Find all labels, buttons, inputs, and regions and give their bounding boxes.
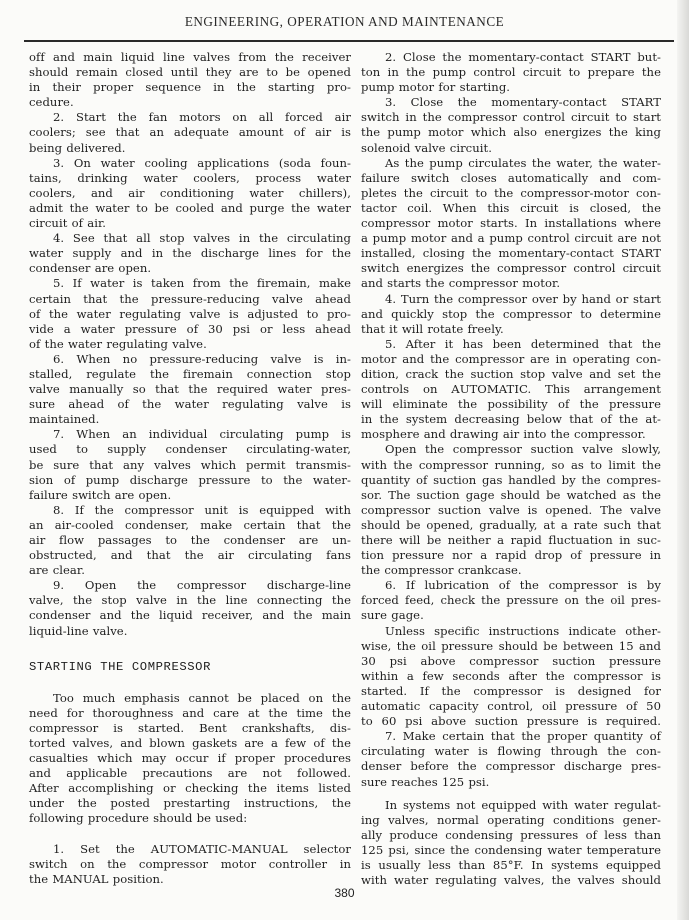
text-line: torted valves, and blown gaskets are a f… [29, 736, 351, 751]
step-1: 1. Set the AUTOMATIC-MANUAL selector swi… [29, 842, 351, 887]
item-7: 7. When an individual circulating pump i… [29, 427, 351, 502]
intro-paragraph: Too much emphasis cannot be placed on th… [29, 691, 351, 827]
text-line: of the water regulating valve. [29, 337, 351, 352]
text-line: 4. Turn the compressor over by hand or s… [361, 292, 661, 307]
suction-paragraph: Open the compressor suction valve slowly… [361, 442, 661, 578]
item-8: 8. If the compressor unit is equipped wi… [29, 503, 351, 578]
text-line: and quickly stop the compressor to deter… [361, 307, 661, 322]
text-line: to 60 psi above suction pressure is requ… [361, 714, 661, 729]
text-line: sure reaches 125 psi. [361, 775, 661, 790]
left-column: off and main liquid line valves from the… [29, 50, 351, 887]
text-line: in the system decreasing below that of t… [361, 412, 661, 427]
text-line: motor and the compressor are in operatin… [361, 352, 661, 367]
text-line: compressor is started. Bent crankshafts,… [29, 721, 351, 736]
text-line: and starts the compressor motor. [361, 276, 661, 291]
text-line: started. If the compressor is designed f… [361, 684, 661, 699]
text-line: switch in the compressor control circuit… [361, 110, 661, 125]
text-line: admit the water to be cooled and purge t… [29, 201, 351, 216]
text-line: valve manually so that the required wate… [29, 382, 351, 397]
text-line: 3. Close the momentary-contact START [361, 95, 661, 110]
text-line: condenser are open. [29, 261, 351, 276]
header-rule [24, 40, 674, 42]
text-line: water supply and in the discharge lines … [29, 246, 351, 261]
step-3: 3. Close the momentary-contact START swi… [361, 95, 661, 155]
text-line: tactor coil. When this circuit is closed… [361, 201, 661, 216]
text-line: sion of pump discharge pressure to the w… [29, 473, 351, 488]
spacer [29, 683, 351, 691]
text-line: used to supply condenser circulating-wat… [29, 442, 351, 457]
text-line: with the compressor running, so as to li… [361, 458, 661, 473]
text-line: solenoid valve circuit. [361, 141, 661, 156]
text-line: installed, closing the momentary-contact… [361, 246, 661, 261]
text-line: pump motor for starting. [361, 80, 661, 95]
text-line: compressor motor starts. In installation… [361, 216, 661, 231]
section-heading: STARTING THE COMPRESSOR [29, 660, 351, 675]
item-9: 9. Open the compressor discharge-line va… [29, 578, 351, 638]
text-line: failure switch closes automatically and … [361, 171, 661, 186]
text-line: following procedure should be used: [29, 811, 351, 826]
text-line: tains, drinking water coolers, process w… [29, 171, 351, 186]
text-line: air flow passages to the condenser are u… [29, 533, 351, 548]
text-line: mosphere and drawing air into the compre… [361, 427, 661, 442]
text-line: certain that the pressure-reducing valve… [29, 292, 351, 307]
running-header: ENGINEERING, OPERATION AND MAINTENANCE [0, 14, 689, 30]
text-line: should be opened, gradually, at a rate s… [361, 518, 661, 533]
text-line: condenser and the liquid receiver, and t… [29, 608, 351, 623]
text-line: are clear. [29, 563, 351, 578]
text-line: 8. If the compressor unit is equipped wi… [29, 503, 351, 518]
text-line: vide a water pressure of 30 psi or less … [29, 322, 351, 337]
text-line: 2. Close the momentary-contact START but… [361, 50, 661, 65]
text-line: circuit of air. [29, 216, 351, 231]
text-line: switch on the compressor motor controlle… [29, 857, 351, 872]
text-line: need for thoroughness and care at the ti… [29, 706, 351, 721]
text-line: forced feed, check the pressure on the o… [361, 593, 661, 608]
text-line: Too much emphasis cannot be placed on th… [29, 691, 351, 706]
step-2: 2. Close the momentary-contact START but… [361, 50, 661, 95]
text-line: tion pressure nor a rapid drop of pressu… [361, 548, 661, 563]
pump-paragraph: As the pump circulates the water, the wa… [361, 156, 661, 292]
text-line: sure ahead of the water regulating valve… [29, 397, 351, 412]
text-line: denser before the compressor discharge p… [361, 759, 661, 774]
text-line: After accomplishing or checking the item… [29, 781, 351, 796]
text-line: a pump motor and a pump control circuit … [361, 231, 661, 246]
step-7: 7. Make certain that the proper quantity… [361, 729, 661, 789]
text-line: 125 psi, since the condensing water temp… [361, 843, 661, 858]
step-5: 5. After it has been determined that the… [361, 337, 661, 443]
text-line: 7. Make certain that the proper quantity… [361, 729, 661, 744]
text-line: an air-cooled condenser, make certain th… [29, 518, 351, 533]
step-6: 6. If lubrication of the compressor is b… [361, 578, 661, 623]
text-line: switch energizes the compressor control … [361, 261, 661, 276]
text-line: circulating water is flowing through the… [361, 744, 661, 759]
text-line: Unless specific instructions indicate ot… [361, 624, 661, 639]
item-2: 2. Start the fan motors on all forced ai… [29, 110, 351, 155]
text-line: 5. After it has been determined that the [361, 337, 661, 352]
text-line: ton in the pump control circuit to prepa… [361, 65, 661, 80]
spacer [29, 827, 351, 842]
text-line: cedure. [29, 95, 351, 110]
step-4: 4. Turn the compressor over by hand or s… [361, 292, 661, 337]
text-line: in their proper sequence in the starting… [29, 80, 351, 95]
text-line: Open the compressor suction valve slowly… [361, 442, 661, 457]
text-line: should remain closed until they are to b… [29, 65, 351, 80]
text-line: and applicable precautions are not follo… [29, 766, 351, 781]
text-line: automatic capacity control, oil pressure… [361, 699, 661, 714]
text-line: that it will rotate freely. [361, 322, 661, 337]
text-line: be sure that any valves which permit tra… [29, 458, 351, 473]
text-line: pletes the circuit to the compressor-mot… [361, 186, 661, 201]
text-line: coolers; see that an adequate amount of … [29, 125, 351, 140]
spacer [361, 790, 661, 798]
text-line: valve, the stop valve in the line connec… [29, 593, 351, 608]
oil-paragraph: Unless specific instructions indicate ot… [361, 624, 661, 730]
text-line: being delivered. [29, 141, 351, 156]
text-line: 30 psi above compressor suction pressure [361, 654, 661, 669]
text-line: controls on AUTOMATIC. This arrangement [361, 382, 661, 397]
text-line: the MANUAL position. [29, 872, 351, 887]
text-line: 1. Set the AUTOMATIC-MANUAL selector [29, 842, 351, 857]
text-line: the pump motor which also energizes the … [361, 125, 661, 140]
text-line: As the pump circulates the water, the wa… [361, 156, 661, 171]
text-line: 7. When an individual circulating pump i… [29, 427, 351, 442]
text-line: 2. Start the fan motors on all forced ai… [29, 110, 351, 125]
text-line: dition, crack the suction stop valve and… [361, 367, 661, 382]
text-line: is usually less than 85°F. In systems eq… [361, 858, 661, 873]
text-line: ally produce condensing pressures of les… [361, 828, 661, 843]
text-line: casualties which may occur if proper pro… [29, 751, 351, 766]
text-line: failure switch are open. [29, 488, 351, 503]
text-line: ing valves, normal operating conditions … [361, 813, 661, 828]
text-line: sure gage. [361, 608, 661, 623]
item-4: 4. See that all stop valves in the circu… [29, 231, 351, 276]
text-line: 3. On water cooling applications (soda f… [29, 156, 351, 171]
systems-paragraph: In systems not equipped with water regul… [361, 798, 661, 889]
text-line: 9. Open the compressor discharge-line [29, 578, 351, 593]
text-line: quantity of suction gas handled by the c… [361, 473, 661, 488]
text-line: 4. See that all stop valves in the circu… [29, 231, 351, 246]
page-number: 380 [0, 886, 689, 900]
text-line: off and main liquid line valves from the… [29, 50, 351, 65]
text-line: under the posted prestarting instruction… [29, 796, 351, 811]
item-5: 5. If water is taken from the firemain, … [29, 276, 351, 351]
text-line: there will be neither a rapid fluctuatio… [361, 533, 661, 548]
text-line: will eliminate the possibility of the pr… [361, 397, 661, 412]
text-line: wise, the oil pressure should be between… [361, 639, 661, 654]
item-6: 6. When no pressure-reducing valve is in… [29, 352, 351, 427]
text-line: stalled, regulate the firemain connectio… [29, 367, 351, 382]
text-line: compressor suction valve is opened. The … [361, 503, 661, 518]
page-edge-shadow [677, 0, 689, 920]
text-line: 6. When no pressure-reducing valve is in… [29, 352, 351, 367]
text-line: 5. If water is taken from the firemain, … [29, 276, 351, 291]
text-line: coolers, and air conditioning water chil… [29, 186, 351, 201]
text-line: In systems not equipped with water regul… [361, 798, 661, 813]
text-line: the compressor crankcase. [361, 563, 661, 578]
right-column: 2. Close the momentary-contact START but… [361, 50, 661, 888]
paragraph-continued: off and main liquid line valves from the… [29, 50, 351, 110]
spacer [29, 639, 351, 654]
text-line: maintained. [29, 412, 351, 427]
text-line: 6. If lubrication of the compressor is b… [361, 578, 661, 593]
text-line: within a few seconds after the compresso… [361, 669, 661, 684]
text-line: liquid-line valve. [29, 624, 351, 639]
item-3: 3. On water cooling applications (soda f… [29, 156, 351, 231]
text-line: of the water regulating valve is adjuste… [29, 307, 351, 322]
text-line: sor. The suction gage should be watched … [361, 488, 661, 503]
text-line: obstructed, and that the air circulating… [29, 548, 351, 563]
